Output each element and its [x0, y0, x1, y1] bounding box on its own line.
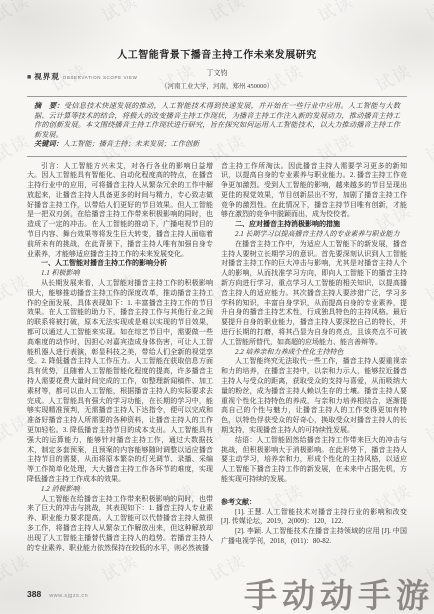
- reference-item: [1]. 王慧. 人工智能技术对播音主持行业的影响和改变 [J]. 传媒论坛，2…: [221, 508, 407, 528]
- subsection-heading: 2.2 培养亲和力养成个性化主持特色: [221, 348, 407, 358]
- body-paragraph: 在播音主持工作中，为适应人工智能下的新发展，播音主持人要树立长期学习的意识。首先…: [221, 240, 407, 348]
- keywords-line: 关键词：人工智能；播音主持；未来发展；工作创新: [34, 140, 400, 150]
- page-footer: 388 www.sjgzs.cn: [27, 589, 88, 599]
- reference-item: [2]. 李颖. 人工智能技术在播音主持领域的应用 [J]. 中国广播电视学刊，…: [221, 527, 407, 547]
- tiled-watermark-text: 试读: [312, 0, 357, 26]
- journal-logo-icon: ■: [27, 74, 31, 81]
- section-heading: 一、人工智能对播音主持工作的影响分析: [27, 259, 213, 269]
- section-heading: 二、应对播音主持消极影响的措施: [221, 220, 407, 230]
- journal-header: ■ 视界观 OBSERVATION SCOPE VIEW: [27, 71, 137, 82]
- abstract-label: 摘 要：: [34, 102, 64, 110]
- subsection-heading: 1.2 消极影响: [27, 485, 213, 495]
- journal-subtitle: OBSERVATION SCOPE VIEW: [63, 75, 138, 80]
- paper-title: 人工智能背景下播音主持工作未来发展研究: [0, 46, 434, 61]
- keywords-label: 关键词：: [34, 140, 63, 148]
- left-column: 引言：人工智能方兴未艾，对各行各业的影响日益增大。因人工智能具有智能化、自动化程…: [27, 162, 213, 554]
- tiled-watermark-text: 试读: [96, 0, 141, 26]
- subsection-heading: 2.1 长期学习以提高播音主持人的专业素养与职业能力: [221, 230, 407, 240]
- abstract-block: 摘 要：受信息技术快速发展的推动，人工智能技术得到快速发展，并开始在一些行业中应…: [0, 102, 434, 150]
- body-paragraph: 结语：人工智能固然给播音主持工作带来巨大的冲击与挑战，但积极影响大于消极影响。在…: [221, 436, 407, 485]
- divider-under-keywords: [27, 156, 407, 157]
- tiled-watermark-text: 试读: [204, 0, 249, 26]
- abstract-text: 受信息技术快速发展的推动，人工智能技术得到快速发展，并开始在一些行业中应用。人工…: [34, 102, 400, 139]
- paper-page: 试读试读试读试读试读试读试读试读试读试读试读试读试读试读试读试读试读试读试读试读…: [0, 0, 434, 614]
- article-body: 引言：人工智能方兴未艾，对各行各业的影响日益增大。因人工智能具有智能化、自动化程…: [0, 162, 434, 554]
- keywords-text: 人工智能；播音主持；未来发展；工作创新: [63, 140, 200, 148]
- tiled-watermark-text: 试读: [420, 0, 434, 26]
- body-paragraph: 人工智能在给播音主持工作带来积极影响的同时，也带来了巨大的冲击与挑战，其表现如下…: [27, 495, 213, 554]
- page-number: 388: [27, 589, 41, 599]
- references-heading: 参考文献：: [221, 498, 407, 508]
- body-paragraph: 从长期发展来看，人工智能对播音主持工作的积极影响很大，能够推动播音主持工作的深度…: [27, 279, 213, 485]
- divider-under-affiliation: [27, 96, 407, 97]
- big-watermark: 手动动手游: [244, 579, 434, 612]
- author-affiliation: （河南工业大学，河南，郑州 450000）: [0, 81, 434, 90]
- subsection-heading: 1.1 积极影响: [27, 269, 213, 279]
- right-column: 音主持工作所淘汰。因此播音主持人需要学习更多的新知识，以提高自身的专业素养与职业…: [221, 162, 407, 554]
- footer-website: www.sjgzs.cn: [49, 593, 88, 599]
- body-paragraph: 人工智能终究无法取代一些工作，播音主持人要重视亲和力的培养，在播音主持中，以亲和…: [221, 357, 407, 435]
- body-paragraph: 引言：人工智能方兴未艾，对各行各业的影响日益增大。因人工智能具有智能化、自动化程…: [27, 162, 213, 260]
- abstract-paragraph: 摘 要：受信息技术快速发展的推动，人工智能技术得到快速发展，并开始在一些行业中应…: [34, 102, 400, 140]
- journal-name: 视界观: [34, 71, 60, 82]
- body-paragraph-continuation: 音主持工作所淘汰。因此播音主持人需要学习更多的新知识，以提高自身的专业素养与职业…: [221, 162, 407, 221]
- tiled-watermark-text: 试读: [0, 0, 34, 26]
